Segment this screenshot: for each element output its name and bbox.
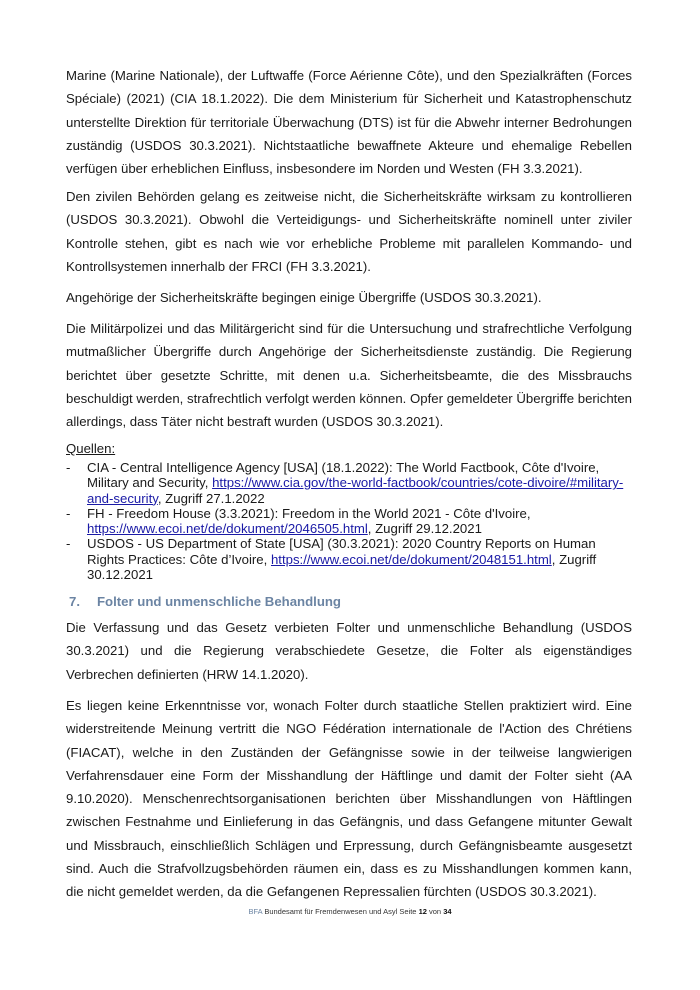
- bfa-logo-text: BFA: [248, 907, 262, 916]
- source-item: -FH - Freedom House (3.3.2021): Freedom …: [66, 506, 632, 537]
- paragraph: Den zivilen Behörden gelang es zeitweise…: [66, 185, 632, 278]
- paragraph: Es liegen keine Erkenntnisse vor, wonach…: [66, 694, 632, 904]
- paragraph: Die Militärpolizei und das Militärgerich…: [66, 317, 632, 433]
- footer-of: von: [427, 907, 443, 916]
- source-item: -USDOS - US Department of State [USA] (3…: [66, 536, 632, 582]
- section-number: 7.: [69, 594, 97, 609]
- source-access-date: , Zugriff 29.12.2021: [368, 521, 482, 536]
- list-dash: -: [66, 506, 70, 521]
- footer-org: Bundesamt für Fremdenwesen und Asyl Seit…: [262, 907, 418, 916]
- section-title: Folter und unmenschliche Behandlung: [97, 594, 341, 609]
- source-item: -CIA - Central Intelligence Agency [USA]…: [66, 460, 632, 506]
- page-number: 12: [419, 907, 427, 916]
- list-dash: -: [66, 460, 70, 475]
- source-link[interactable]: https://www.ecoi.net/de/dokument/2048151…: [271, 552, 552, 567]
- section-heading: 7.Folter und unmenschliche Behandlung: [69, 594, 341, 609]
- paragraph: Marine (Marine Nationale), der Luftwaffe…: [66, 64, 632, 180]
- source-access-date: , Zugriff 27.1.2022: [158, 491, 265, 506]
- page-total: 34: [443, 907, 451, 916]
- paragraph: Die Verfassung und das Gesetz verbieten …: [66, 616, 632, 686]
- sources-list: -CIA - Central Intelligence Agency [USA]…: [66, 460, 632, 582]
- source-link[interactable]: https://www.ecoi.net/de/dokument/2046505…: [87, 521, 368, 536]
- sources-title: Quellen:: [66, 441, 115, 456]
- paragraph: Angehörige der Sicherheitskräfte beginge…: [66, 286, 542, 309]
- source-text: FH - Freedom House (3.3.2021): Freedom i…: [87, 506, 531, 521]
- page-footer: BFA Bundesamt für Fremdenwesen und Asyl …: [0, 907, 700, 916]
- list-dash: -: [66, 536, 70, 551]
